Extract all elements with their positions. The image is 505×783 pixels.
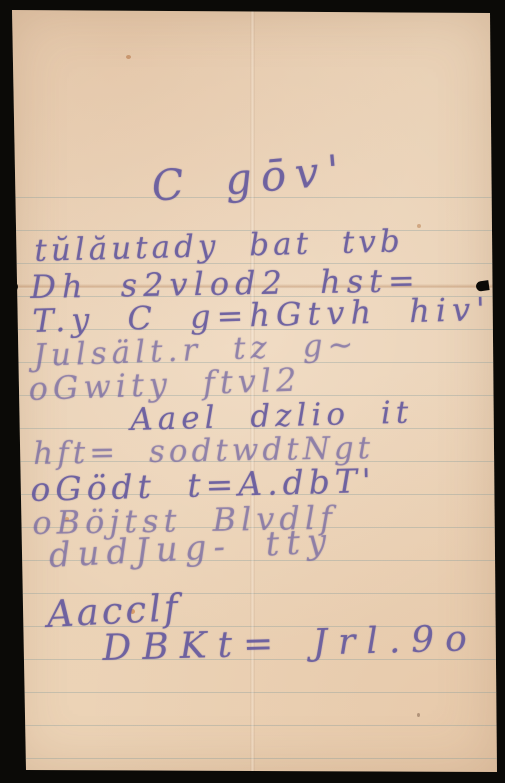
stain-speck [126, 55, 131, 59]
letter-paper: C gōv' tŭlăutady bat tvb Dh s2vlod2 hst=… [0, 0, 505, 783]
manuscript-photo: C gōv' tŭlăutady bat tvb Dh s2vlod2 hst=… [0, 0, 505, 783]
stain-speck [417, 224, 421, 228]
handwritten-signature-line: DBKt= Jrl.9o [102, 621, 478, 667]
stain-speck [417, 713, 420, 717]
